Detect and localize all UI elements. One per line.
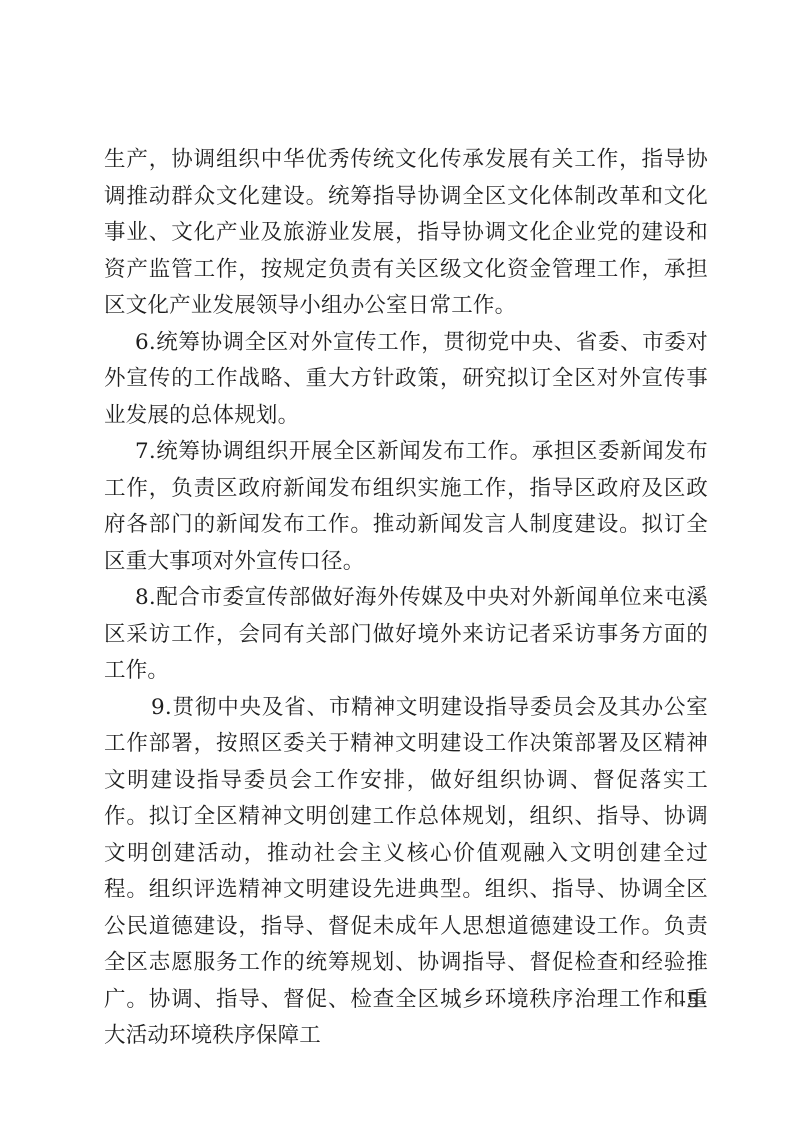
document-body: 生产，协调组织中华优秀传统文化传承发展有关工作，指导协调推动群众文化建设。统筹指… (104, 142, 708, 1055)
paragraph-item-8-overseas-media: 8.配合市委宣传部做好海外传媒及中央对外新闻单位来屯溪区采访工作，会同有关部门做… (104, 580, 708, 690)
paragraph-continuation-culture-work: 生产，协调组织中华优秀传统文化传承发展有关工作，指导协调推动群众文化建设。统筹指… (104, 142, 708, 325)
paragraph-item-6-external-propaganda: 6.统筹协调全区对外宣传工作，贯彻党中央、省委、市委对外宣传的工作战略、重大方针… (104, 325, 708, 435)
document-page: 生产，协调组织中华优秀传统文化传承发展有关工作，指导协调推动群众文化建设。统筹指… (0, 0, 793, 1122)
page-number: -5- (679, 988, 707, 1012)
paragraph-item-9-spiritual-civilization: 9.贯彻中央及省、市精神文明建设指导委员会及其办公室工作部署，按照区委关于精神文… (104, 690, 708, 1055)
paragraph-item-7-news-release: 7.统筹协调组织开展全区新闻发布工作。承担区委新闻发布工作，负责区政府新闻发布组… (104, 434, 708, 580)
